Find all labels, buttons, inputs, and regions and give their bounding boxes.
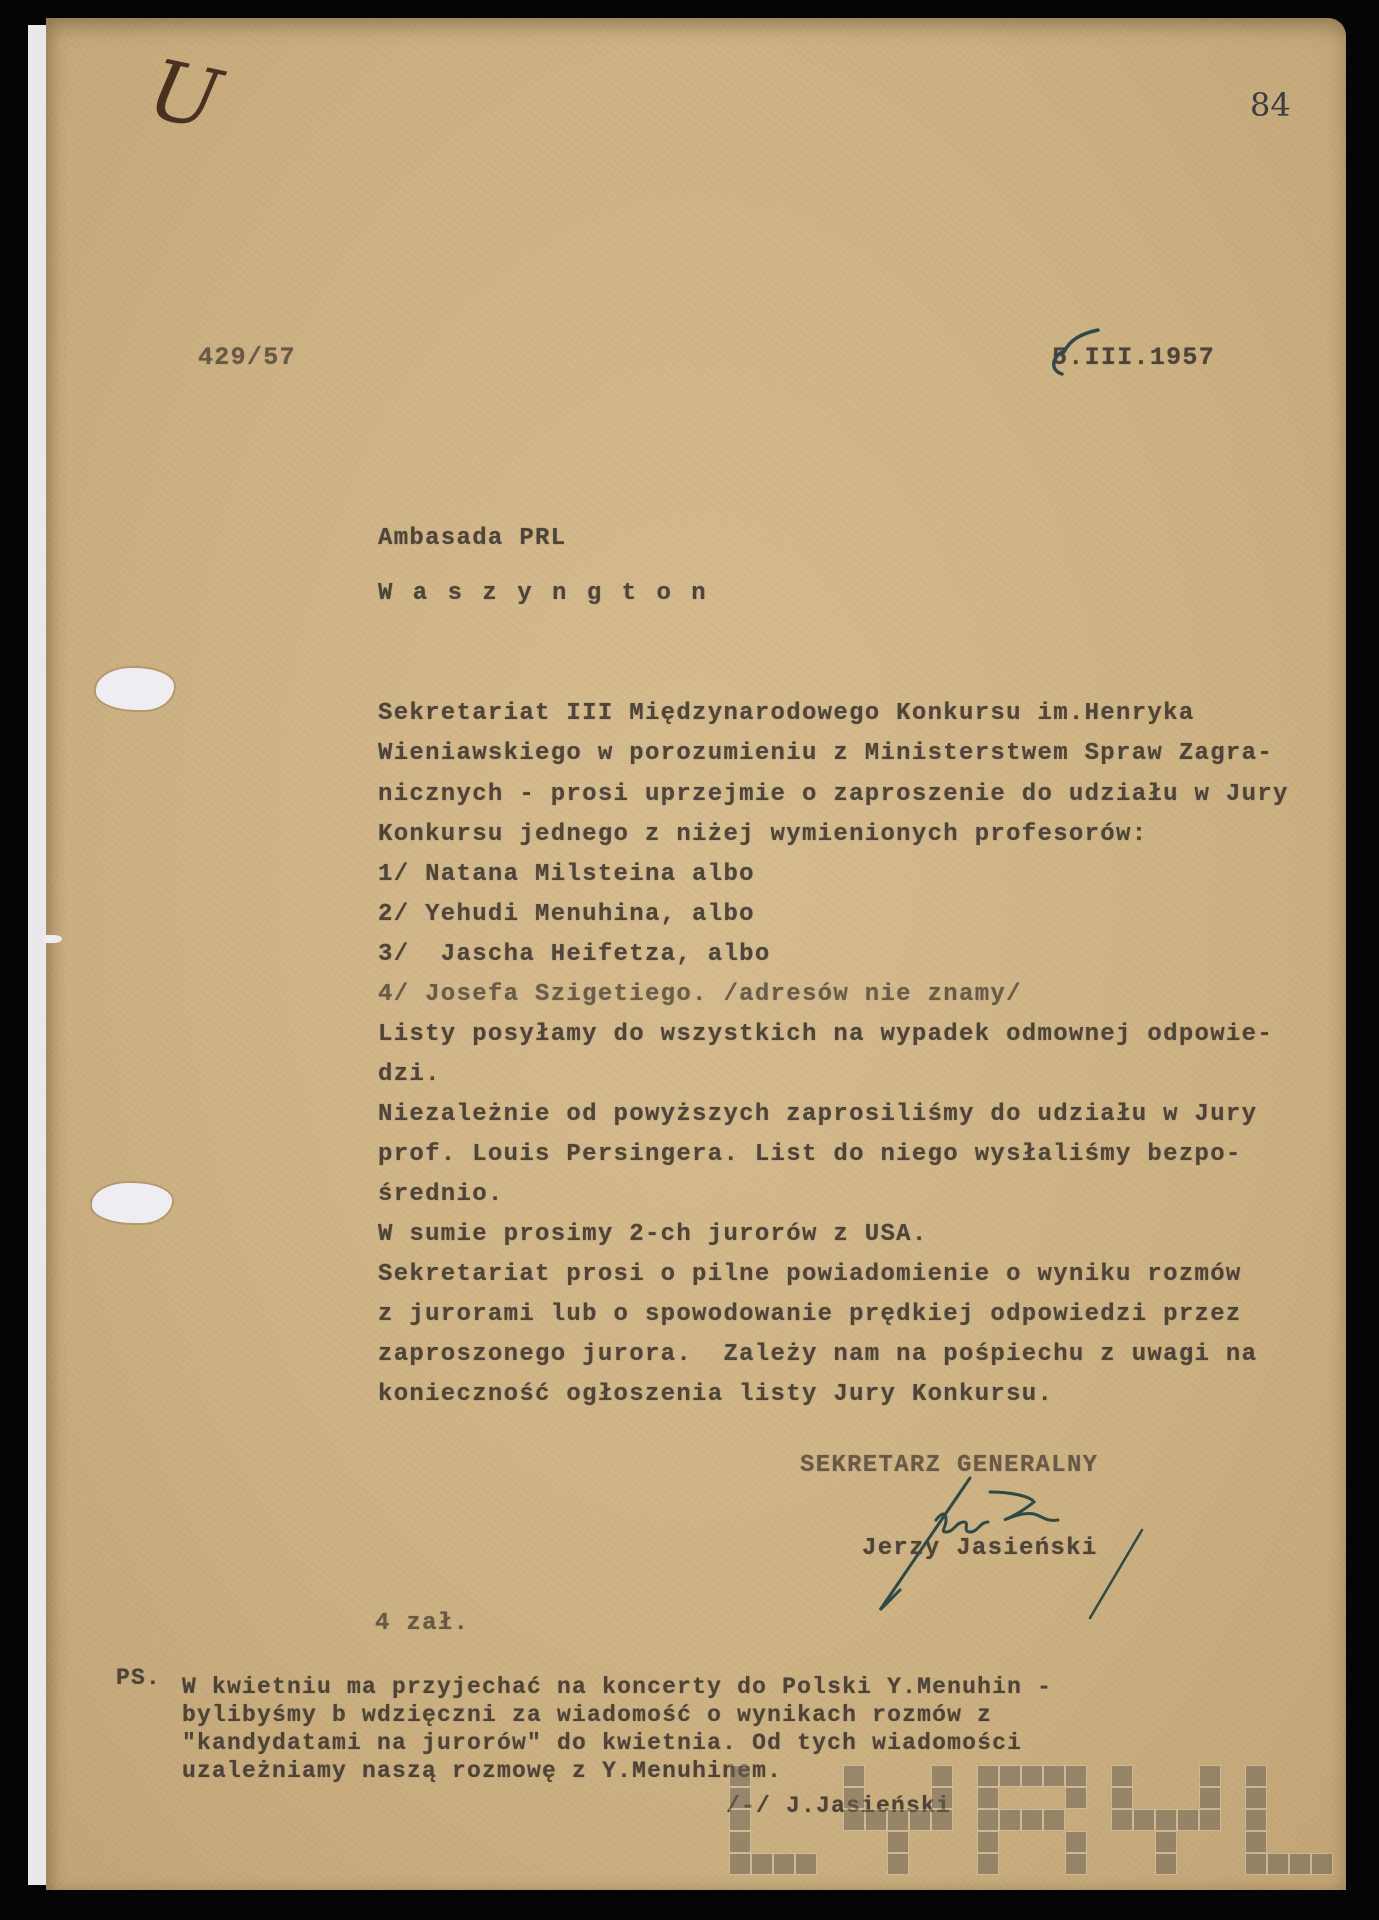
postscript-line: uzależniamy naszą rozmowę z Y.Menuhinem. [182, 1758, 782, 1784]
body-line: Sekretariat III Międzynarodowego Konkurs… [378, 700, 1195, 727]
body-line: 4/ Josefa Szigetiego. /adresów nie znamy… [378, 981, 1022, 1008]
punch-hole-bottom [92, 1183, 172, 1223]
body-line: zaproszonego jurora. Zależy nam na pośpi… [378, 1341, 1257, 1368]
body-line: Wieniawskiego w porozumieniu z Ministers… [378, 740, 1273, 767]
postscript-line: bylibyśmy b wdzięczni za wiadomość o wyn… [182, 1702, 992, 1728]
body-line: 1/ Natana Milsteina albo [378, 861, 755, 888]
body-line: 3/ Jascha Heifetza, albo [378, 941, 771, 968]
recipient-line-1: Ambasada PRL [378, 525, 566, 552]
postscript-line: "kandydatami na jurorów" do kwietnia. Od… [182, 1730, 1022, 1756]
page-number-handwritten: 84 [1250, 86, 1291, 124]
body-line: średnio. [378, 1181, 504, 1208]
postscript-line: W kwietniu ma przyjechać na koncerty do … [182, 1674, 1052, 1700]
body-line: Niezależnie od powyższych zaprosiliśmy d… [378, 1101, 1257, 1128]
body-line: nicznych - prosi uprzejmie o zaproszenie… [378, 781, 1289, 808]
body-line: Konkursu jednego z niżej wymienionych pr… [378, 821, 1147, 848]
recipient-line-2: W a s z y n g t o n [378, 580, 709, 607]
body-line: Listy posyłamy do wszystkich na wypadek … [378, 1021, 1273, 1048]
date-handwritten-mark [1040, 322, 1120, 382]
reference-number: 429/57 [198, 343, 296, 372]
enclosures-note: 4 zał. [375, 1610, 469, 1637]
postscript-label: PS. [116, 1665, 161, 1691]
body-line: 2/ Yehudi Menuhina, albo [378, 901, 755, 928]
body-line: dzi. [378, 1061, 441, 1088]
body-line: Sekretariat prosi o pilne powiadomienie … [378, 1261, 1242, 1288]
body-line: prof. Louis Persingera. List do niego wy… [378, 1141, 1242, 1168]
punch-hole-top [96, 668, 174, 710]
body-line: konieczność ogłoszenia listy Jury Konkur… [378, 1381, 1053, 1408]
body-line: W sumie prosimy 2-ch jurorów z USA. [378, 1221, 928, 1248]
body-line: z jurorami lub o spowodowanie prędkiej o… [378, 1301, 1242, 1328]
edge-tear [44, 935, 62, 943]
handwritten-signature [860, 1470, 1160, 1620]
